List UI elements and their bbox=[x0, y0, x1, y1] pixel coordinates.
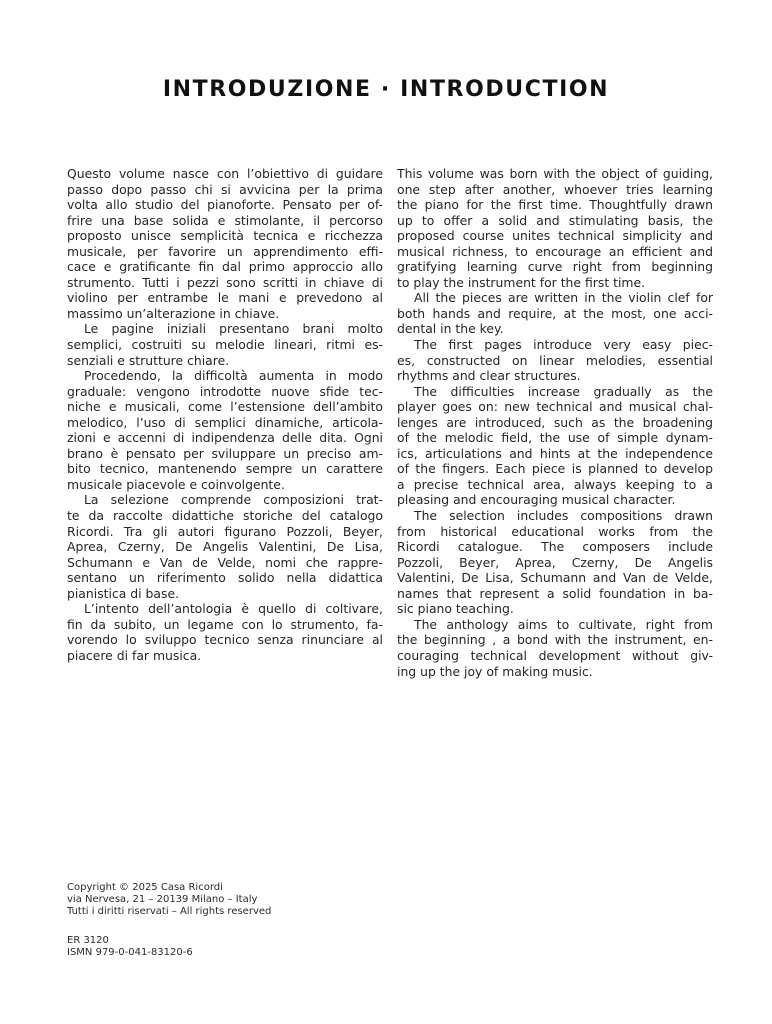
italian-text-column: Questo volume nasce con l’obiettivo di g… bbox=[67, 166, 383, 664]
rights-reserved-line: Tutti i diritti riservati – All rights r… bbox=[67, 906, 271, 918]
english-text-column: This volume was born with the object of … bbox=[397, 166, 713, 679]
text-line: L’intento dell’antologia è quello di col… bbox=[67, 601, 383, 617]
text-line: This volume was born with the object of … bbox=[397, 166, 713, 182]
text-line: violino per entrambe le mani e prevedono… bbox=[67, 290, 383, 306]
text-line: pianistica di base. bbox=[67, 586, 383, 602]
text-line: Le pagine iniziali presentano brani molt… bbox=[67, 321, 383, 337]
text-line: melodico, l’uso di semplici dinamiche, a… bbox=[67, 415, 383, 431]
english-paragraph: The selection includes compositions draw… bbox=[397, 508, 713, 617]
text-line: Aprea, Czerny, De Angelis Valentini, De … bbox=[67, 539, 383, 555]
ismn-number: ISMN 979-0-041-83120-6 bbox=[67, 947, 193, 959]
italian-paragraph: Questo volume nasce con l’obiettivo di g… bbox=[67, 166, 383, 321]
text-line: brano è pensato per sviluppare un precis… bbox=[67, 446, 383, 462]
italian-paragraph: La selezione comprende composizioni trat… bbox=[67, 492, 383, 601]
text-line: musical richness, to encourage an effici… bbox=[397, 244, 713, 260]
text-line: Questo volume nasce con l’obiettivo di g… bbox=[67, 166, 383, 182]
text-line: player goes on: new technical and musica… bbox=[397, 399, 713, 415]
italian-paragraph: Le pagine iniziali presentano brani molt… bbox=[67, 321, 383, 368]
text-line: cace e gratificante fin dal primo approc… bbox=[67, 259, 383, 275]
text-line: es, constructed on linear melodies, esse… bbox=[397, 353, 713, 369]
text-line: ing up the joy of making music. bbox=[397, 664, 713, 680]
text-line: of the melodic field, the use of simple … bbox=[397, 430, 713, 446]
text-line: semplici, costruiti su melodie lineari, … bbox=[67, 337, 383, 353]
text-line: bito tecnico, mantenendo sempre un carat… bbox=[67, 461, 383, 477]
text-line: from historical educational works from t… bbox=[397, 524, 713, 540]
text-line: senziali e strutture chiare. bbox=[67, 353, 383, 369]
english-paragraph: The first pages introduce very easy piec… bbox=[397, 337, 713, 384]
identifiers-block: ER 3120 ISMN 979-0-041-83120-6 bbox=[67, 935, 193, 959]
text-line: to play the instrument for the first tim… bbox=[397, 275, 713, 291]
text-line: proposed course unites technical simplic… bbox=[397, 228, 713, 244]
text-line: rhythms and clear structures. bbox=[397, 368, 713, 384]
text-line: The difficulties increase gradually as t… bbox=[397, 384, 713, 400]
text-line: the beginning , a bond with the instrume… bbox=[397, 632, 713, 648]
text-line: The anthology aims to cultivate, right f… bbox=[397, 617, 713, 633]
text-line: niche e musicali, come l’estensione dell… bbox=[67, 399, 383, 415]
english-paragraph: The anthology aims to cultivate, right f… bbox=[397, 617, 713, 679]
copyright-line: Copyright © 2025 Casa Ricordi bbox=[67, 882, 271, 894]
italian-paragraph: L’intento dell’antologia è quello di col… bbox=[67, 601, 383, 663]
italian-paragraph: Procedendo, la difficoltà aumenta in mod… bbox=[67, 368, 383, 492]
text-line: te da raccolte didattiche storiche del c… bbox=[67, 508, 383, 524]
catalog-number: ER 3120 bbox=[67, 935, 193, 947]
text-line: Valentini, De Lisa, Schumann and Van de … bbox=[397, 570, 713, 586]
text-line: piacere di far musica. bbox=[67, 648, 383, 664]
text-line: Schumann e Van de Velde, nomi che rappre… bbox=[67, 555, 383, 571]
text-line: couraging technical development without … bbox=[397, 648, 713, 664]
english-paragraph: The difficulties increase gradually as t… bbox=[397, 384, 713, 508]
publisher-address: via Nervesa, 21 – 20139 Milano – Italy bbox=[67, 894, 271, 906]
text-line: passo dopo passo chi si avvicina per la … bbox=[67, 182, 383, 198]
text-line: a precise technical area, always keeping… bbox=[397, 477, 713, 493]
english-paragraph: This volume was born with the object of … bbox=[397, 166, 713, 290]
copyright-block: Copyright © 2025 Casa Ricordi via Nerves… bbox=[67, 882, 271, 918]
text-line: the piano for the first time. Thoughtful… bbox=[397, 197, 713, 213]
text-line: graduale: vengono introdotte nuove sfide… bbox=[67, 384, 383, 400]
text-line: musicale piacevole e coinvolgente. bbox=[67, 477, 383, 493]
text-line: Pozzoli, Beyer, Aprea, Czerny, De Angeli… bbox=[397, 555, 713, 571]
text-line: massimo un’alterazione in chiave. bbox=[67, 306, 383, 322]
text-line: sic piano teaching. bbox=[397, 601, 713, 617]
text-line: gratifying learning curve right from beg… bbox=[397, 259, 713, 275]
text-line: strumento. Tutti i pezzi sono scritti in… bbox=[67, 275, 383, 291]
text-line: fin da subito, un legame con lo strument… bbox=[67, 617, 383, 633]
text-line: ics, articulations and hints at the inde… bbox=[397, 446, 713, 462]
text-line: volta allo studio del pianoforte. Pensat… bbox=[67, 197, 383, 213]
text-line: both hands and require, at the most, one… bbox=[397, 306, 713, 322]
page-title: INTRODUZIONE · INTRODUCTION bbox=[0, 77, 772, 102]
text-line: pleasing and encouraging musical charact… bbox=[397, 492, 713, 508]
text-line: musicale, per favorire un apprendimento … bbox=[67, 244, 383, 260]
text-line: Ricordi. Tra gli autori figurano Pozzoli… bbox=[67, 524, 383, 540]
text-line: La selezione comprende composizioni trat… bbox=[67, 492, 383, 508]
text-line: lenges are introduced, such as the broad… bbox=[397, 415, 713, 431]
english-paragraph: All the pieces are written in the violin… bbox=[397, 290, 713, 337]
text-line: up to offer a solid and stimulating basi… bbox=[397, 213, 713, 229]
text-line: one step after another, whoever tries le… bbox=[397, 182, 713, 198]
text-line: zioni e accenni di indipendenza delle di… bbox=[67, 430, 383, 446]
text-line: sentano un riferimento solido nella dida… bbox=[67, 570, 383, 586]
text-line: proposto unisce semplicità tecnica e ric… bbox=[67, 228, 383, 244]
text-line: names that represent a solid foundation … bbox=[397, 586, 713, 602]
text-line: dental in the key. bbox=[397, 321, 713, 337]
text-line: Ricordi catalogue. The composers include bbox=[397, 539, 713, 555]
text-line: of the fingers. Each piece is planned to… bbox=[397, 461, 713, 477]
text-line: Procedendo, la difficoltà aumenta in mod… bbox=[67, 368, 383, 384]
text-line: The first pages introduce very easy piec… bbox=[397, 337, 713, 353]
text-line: frire una base solida e stimolante, il p… bbox=[67, 213, 383, 229]
text-line: The selection includes compositions draw… bbox=[397, 508, 713, 524]
text-line: All the pieces are written in the violin… bbox=[397, 290, 713, 306]
text-line: vorendo lo sviluppo tecnico senza rinunc… bbox=[67, 632, 383, 648]
